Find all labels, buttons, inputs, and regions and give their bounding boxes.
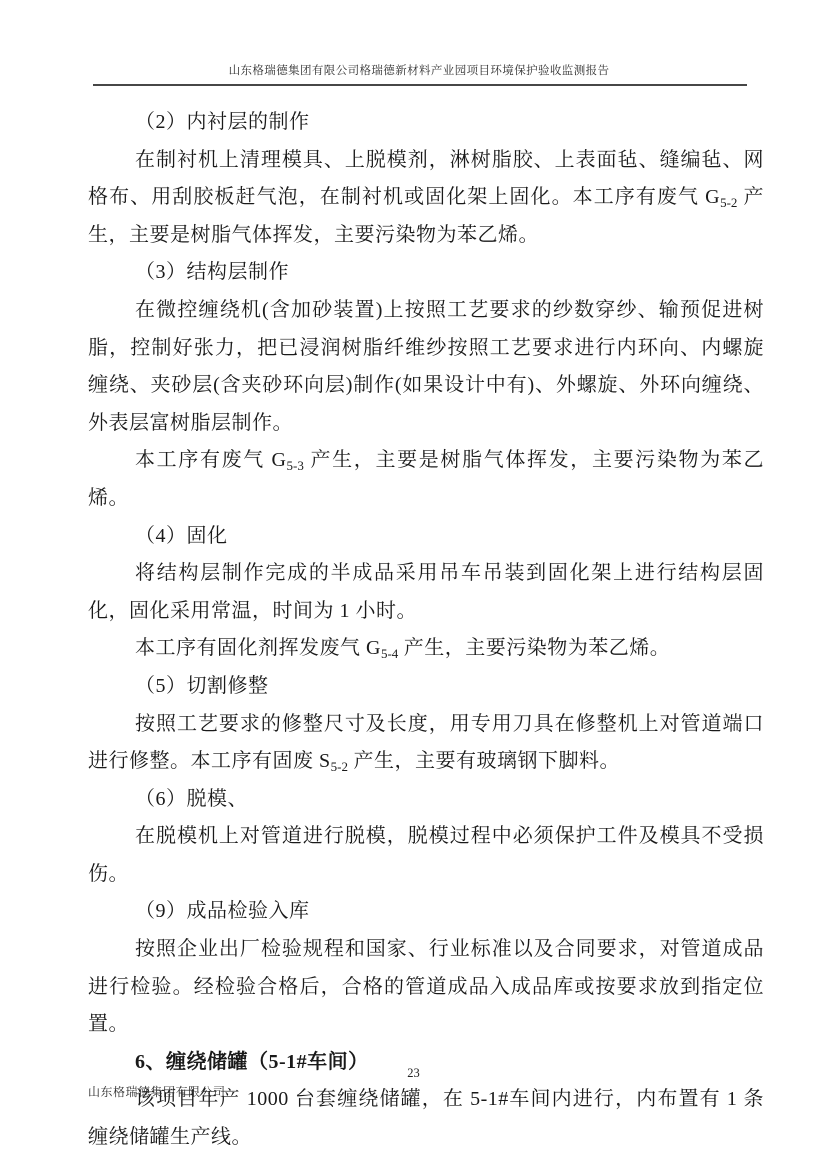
footer-company: 山东格瑞德集团有限公司	[88, 1083, 226, 1100]
document-body: （2）内衬层的制作在制衬机上清理模具、上脱模剂，淋树脂胶、上表面毡、缝编毡、网格…	[88, 104, 764, 1157]
section-subheading: （9）成品检验入库	[88, 893, 764, 931]
section-subheading: （2）内衬层的制作	[88, 104, 764, 142]
header-divider-rule	[93, 84, 747, 86]
subscript-label: 5-2	[720, 195, 737, 210]
paragraph: 本工序有废气 G5-3 产生，主要是树脂气体挥发，主要污染物为苯乙烯。	[88, 442, 764, 517]
header-title: 山东格瑞德集团有限公司格瑞德新材料产业园项目环境保护验收监测报告	[88, 62, 750, 78]
paragraph: 在脱模机上对管道进行脱模，脱模过程中必须保护工件及模具不受损伤。	[88, 818, 764, 893]
subscript-label: 5-3	[287, 458, 304, 473]
paragraph: 本工序有固化剂挥发废气 G5-4 产生，主要污染物为苯乙烯。	[88, 630, 764, 668]
paragraph: 在制衬机上清理模具、上脱模剂，淋树脂胶、上表面毡、缝编毡、网格布、用刮胶板赶气泡…	[88, 142, 764, 255]
paragraph: 按照工艺要求的修整尺寸及长度，用专用刀具在修整机上对管道端口进行修整。本工序有固…	[88, 706, 764, 781]
paragraph: 在微控缠绕机(含加砂装置)上按照工艺要求的纱数穿纱、输预促进树脂，控制好张力，把…	[88, 292, 764, 442]
section-subheading: （6）脱模、	[88, 781, 764, 819]
paragraph: 将结构层制作完成的半成品采用吊车吊装到固化架上进行结构层固化，固化采用常温，时间…	[88, 555, 764, 630]
section-subheading: （4）固化	[88, 518, 764, 556]
subscript-label: 5-2	[331, 759, 348, 774]
page-number: 23	[0, 1066, 827, 1081]
section-subheading: （5）切割修整	[88, 668, 764, 706]
paragraph: 按照企业出厂检验规程和国家、行业标准以及合同要求，对管道成品进行检验。经检验合格…	[88, 931, 764, 1044]
section-subheading: （3）结构层制作	[88, 254, 764, 292]
document-page: 山东格瑞德集团有限公司格瑞德新材料产业园项目环境保护验收监测报告 （2）内衬层的…	[0, 0, 827, 1169]
subscript-label: 5-4	[381, 646, 398, 661]
